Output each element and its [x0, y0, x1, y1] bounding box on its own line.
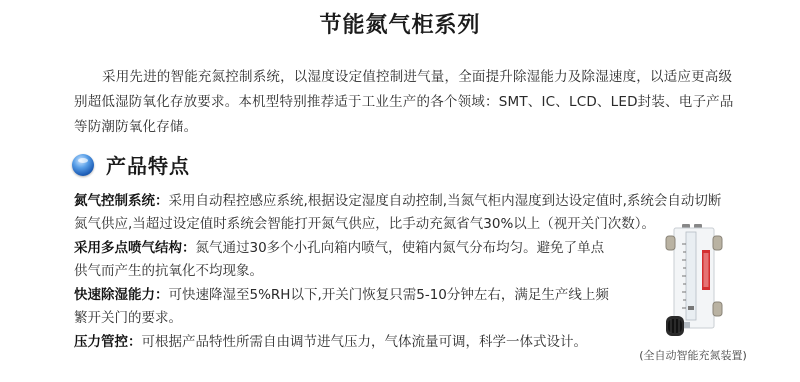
intro-paragraph: 采用先进的智能充氮控制系统，以湿度设定值控制进气量，全面提升除湿能力及除湿速度，… — [74, 65, 734, 140]
feature-text: 可根据产品特性所需自由调节进气压力，气体流量可调，科学一体式设计。 — [142, 334, 588, 350]
feature-label: 压力管控： — [74, 334, 142, 350]
feature-label: 氮气控制系统： — [74, 193, 169, 209]
feature-label: 快速除湿能力： — [74, 287, 169, 303]
device-caption: (全自动智能充氮装置) — [618, 347, 768, 363]
flowmeter-device-image — [660, 222, 730, 340]
feature-item: 采用多点喷气结构：氮气通过30多个小孔向箱内喷气，使箱内氮气分布均匀。避免了单点… — [74, 237, 614, 282]
feature-item: 压力管控：可根据产品特性所需自由调节进气压力，气体流量可调，科学一体式设计。 — [74, 331, 614, 354]
feature-item: 快速除湿能力：可快速降湿至5%RH以下,开关门恢复只需5-10分钟左右，满足生产… — [74, 284, 614, 329]
feature-label: 采用多点喷气结构： — [74, 240, 196, 256]
section-title: 产品特点 — [106, 150, 190, 179]
device-figure: (全自动智能充氮装置) — [618, 222, 768, 377]
globe-icon — [72, 154, 94, 176]
section-header: 产品特点 — [72, 150, 190, 179]
page-title: 节能氮气柜系列 — [0, 8, 800, 39]
